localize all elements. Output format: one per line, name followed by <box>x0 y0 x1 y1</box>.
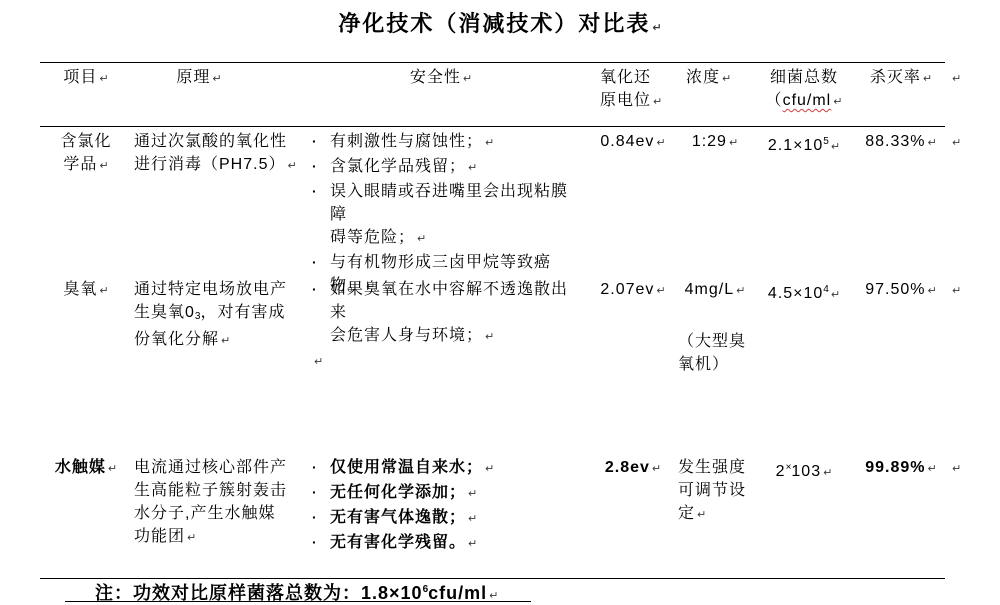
pilcrow-mark: ↵ <box>463 73 472 85</box>
row2-principle-line2b: ，对有害成 <box>200 304 285 321</box>
row3-concentration-line2: 可调节设 <box>678 479 752 502</box>
row2-bacteria-exponent: 4 <box>823 284 829 295</box>
row3-principle-line2: 生高能粒子簇射轰击 <box>134 479 304 502</box>
pilcrow-mark: ↵ <box>468 488 477 500</box>
pilcrow-mark: ↵ <box>656 285 665 297</box>
row2-concentration-value: 4mg/L <box>685 281 734 298</box>
row2-bacteria-value: 4.5×10 <box>768 285 823 302</box>
header-item-label: 项目 <box>63 69 97 86</box>
row1-item-line1: 含氯化 <box>42 130 130 153</box>
row3-bacteria-value: 2 <box>776 463 786 480</box>
pilcrow-mark: ↵ <box>952 136 961 149</box>
pilcrow-mark: ↵ <box>99 160 108 172</box>
header-concentration-label: 浓度 <box>686 69 720 86</box>
row3-cell-kill-rate: 99.89%↵ <box>858 456 944 481</box>
pilcrow-mark: ↵ <box>287 160 296 172</box>
pilcrow-mark: ↵ <box>99 285 108 297</box>
header-principle: 原理↵ <box>134 66 264 91</box>
row1-concentration-value: 1:29 <box>692 133 727 150</box>
row2-principle-line1: 通过特定电场放电产 <box>134 278 304 301</box>
pilcrow-mark: ↵ <box>485 137 494 149</box>
header-kill-rate: 杀灭率↵ <box>858 66 944 91</box>
safety-text: 有刺激性与腐蚀性； <box>330 133 483 150</box>
row2-orp-value: 2.07ev <box>600 281 654 298</box>
pilcrow-mark: ↵ <box>468 162 477 174</box>
bullet-icon: · <box>302 278 330 349</box>
row1-item-line2: 学品 <box>63 156 97 173</box>
header-item: 项目↵ <box>42 66 130 91</box>
row2-kill-rate-value: 97.50% <box>865 281 925 298</box>
safety-bullet-item: · 误入眼睛或吞进嘴里会出现粘膜障 碍等危险；↵ <box>302 180 584 251</box>
pilcrow-mark: ↵ <box>729 137 738 149</box>
pilcrow-mark: ↵ <box>417 233 426 245</box>
row2-concentration-note-line2: 氧机） <box>678 353 758 376</box>
header-principle-label: 原理 <box>176 69 210 86</box>
pilcrow-mark: ↵ <box>99 73 108 85</box>
row1-cell-concentration: 1:29↵ <box>678 130 752 155</box>
bullet-icon: · <box>302 180 330 251</box>
row1-kill-rate-value: 88.33% <box>865 133 925 150</box>
row1-cell-kill-rate: 88.33%↵ <box>858 130 944 155</box>
row3-cell-orp: 2.8ev↵ <box>592 456 674 481</box>
row3-cell-item: 水触媒↵ <box>42 456 130 481</box>
pilcrow-mark: ↵ <box>314 356 323 368</box>
row1-orp-value: 0.84ev <box>600 133 654 150</box>
pilcrow-mark: ↵ <box>212 73 221 85</box>
pilcrow-mark: ↵ <box>187 532 196 544</box>
header-concentration: 浓度↵ <box>686 66 756 91</box>
pilcrow-mark: ↵ <box>485 463 494 475</box>
pilcrow-mark: ↵ <box>952 72 961 85</box>
pilcrow-mark: ↵ <box>221 335 230 347</box>
safety-text: 碍等危险； <box>330 229 415 246</box>
row3-cell-principle: 电流通过核心部件产 生高能粒子簇射轰击 水分子,产生水触媒 功能团↵ <box>134 456 304 550</box>
footer-note-unit: cfu/ml <box>428 583 487 603</box>
pilcrow-mark: ↵ <box>468 538 477 550</box>
row2-cell-orp: 2.07ev↵ <box>592 278 674 303</box>
row2-cell-safety: · 如果臭氧在水中容解不透逸散出来 会危害人身与环境；↵ ↵ <box>302 278 584 374</box>
pilcrow-mark: ↵ <box>928 463 937 475</box>
row3-principle-line3: 水分子,产生水触媒 <box>134 502 304 525</box>
row2-cell-principle: 通过特定电场放电产 生臭氧03，对有害成 份氧化分解↵ <box>134 278 304 353</box>
header-kill-rate-label: 杀灭率 <box>870 69 921 86</box>
row2-cell-item: 臭氧↵ <box>42 278 130 303</box>
header-bacteria-unit: cfu/ml <box>783 92 832 109</box>
row3-cell-safety: · 仅使用常温自来水；↵ · 无任何化学添加；↵ · 无有害气体逸散；↵ · 无… <box>302 456 584 556</box>
pilcrow-mark: ↵ <box>736 285 745 297</box>
footer-note-text: 注：功效对比原样菌落总数为：1.8×10 <box>95 583 423 603</box>
row1-cell-safety: · 有刺激性与腐蚀性；↵ · 含氯化学品残留；↵ · 误入眼睛或吞进嘴里会出现粘… <box>302 130 584 299</box>
pilcrow-mark: ↵ <box>928 285 937 297</box>
row2-concentration-note-line1: （大型臭 <box>678 330 758 353</box>
header-orp-line2: 原电位 <box>600 92 651 109</box>
safety-text: 会危害人身与环境； <box>330 327 483 344</box>
row1-cell-bacteria: 2.1×105↵ <box>750 130 858 159</box>
header-bacteria-line1: 细菌总数 <box>750 66 858 89</box>
row3-orp-value: 2.8ev <box>605 459 650 476</box>
document-page: 净化技术（消减技术）对比表↵ 项目↵ 原理↵ 安全性↵ 氧化还 原电位↵ 浓度↵… <box>0 0 1000 605</box>
row1-cell-orp: 0.84ev↵ <box>592 130 674 155</box>
safety-text: 含氯化学品残留； <box>330 158 466 175</box>
header-bacteria-paren: （ <box>766 92 783 109</box>
pilcrow-mark: ↵ <box>952 284 961 297</box>
header-bacteria: 细菌总数 （cfu/ml↵ <box>750 66 858 114</box>
pilcrow-mark: ↵ <box>952 462 961 475</box>
pilcrow-mark: ↵ <box>652 22 661 34</box>
pilcrow-mark: ↵ <box>722 73 731 85</box>
safety-bullet-item: · 无任何化学添加；↵ <box>302 481 584 506</box>
row1-cell-principle: 通过次氯酸的氧化性 进行消毒（PH7.5）↵ <box>134 130 304 178</box>
pilcrow-mark: ↵ <box>653 96 662 108</box>
row2-principle-line2: 生臭氧0 <box>134 304 195 321</box>
safety-bullet-item: · 如果臭氧在水中容解不透逸散出来 会危害人身与环境；↵ <box>302 278 584 349</box>
row1-bacteria-value: 2.1×10 <box>768 137 823 154</box>
bullet-icon: · <box>302 531 330 556</box>
row3-concentration-line1: 发生强度 <box>678 456 752 479</box>
bullet-icon: · <box>302 130 330 155</box>
header-safety-label: 安全性 <box>410 69 461 86</box>
row2-cell-bacteria: 4.5×104↵ <box>750 278 858 307</box>
bullet-icon: · <box>302 506 330 531</box>
row2-principle-line3: 份氧化分解 <box>134 331 219 348</box>
pilcrow-mark: ↵ <box>697 509 706 521</box>
pilcrow-mark: ↵ <box>928 137 937 149</box>
bullet-icon: · <box>302 456 330 481</box>
pilcrow-mark: ↵ <box>823 467 832 479</box>
safety-text: 无有害气体逸散； <box>330 509 466 526</box>
row3-concentration-line3: 定 <box>678 505 695 522</box>
title-text: 净化技术（消减技术）对比表 <box>338 11 650 36</box>
row2-item-label: 臭氧 <box>63 281 97 298</box>
row3-kill-rate-value: 99.89% <box>865 459 925 476</box>
safety-text: 仅使用常温自来水； <box>330 459 483 476</box>
empty-paragraph: ↵ <box>302 349 584 374</box>
footer-note: 注：功效对比原样菌落总数为：1.8×106cfu/ml↵ <box>65 579 531 602</box>
safety-text: 无任何化学添加； <box>330 484 466 501</box>
pilcrow-mark: ↵ <box>833 96 842 108</box>
pilcrow-mark: ↵ <box>652 463 661 475</box>
safety-text: 误入眼睛或吞进嘴里会出现粘膜障 <box>330 180 584 226</box>
header-orp-line1: 氧化还 <box>600 66 680 89</box>
safety-bullet-item: · 有刺激性与腐蚀性；↵ <box>302 130 584 155</box>
row1-principle-line2: 进行消毒（PH7.5） <box>134 156 285 173</box>
pilcrow-mark: ↵ <box>489 590 498 602</box>
row3-cell-bacteria: 2×103↵ <box>750 456 858 485</box>
row3-cell-concentration: 发生强度 可调节设 定↵ <box>678 456 752 527</box>
table-header-border <box>40 126 945 127</box>
row3-item-label: 水触媒 <box>55 459 106 476</box>
pilcrow-mark: ↵ <box>831 141 840 153</box>
safety-bullet-item: · 无有害气体逸散；↵ <box>302 506 584 531</box>
pilcrow-mark: ↵ <box>656 137 665 149</box>
row1-principle-line1: 通过次氯酸的氧化性 <box>134 130 304 153</box>
row2-concentration-note: （大型臭 氧机） <box>678 330 758 376</box>
pilcrow-mark: ↵ <box>923 73 932 85</box>
pilcrow-mark: ↵ <box>108 463 117 475</box>
safety-text: 如果臭氧在水中容解不透逸散出来 <box>330 278 584 324</box>
page-title: 净化技术（消减技术）对比表↵ <box>0 7 1000 38</box>
row2-cell-kill-rate: 97.50%↵ <box>858 278 944 303</box>
row3-principle-line1: 电流通过核心部件产 <box>134 456 304 479</box>
pilcrow-mark: ↵ <box>831 289 840 301</box>
safety-bullet-item: · 无有害化学残留。↵ <box>302 531 584 556</box>
bullet-icon: · <box>302 155 330 180</box>
table-top-border <box>40 62 945 63</box>
bullet-icon: · <box>302 481 330 506</box>
row1-bacteria-exponent: 5 <box>823 136 829 147</box>
row1-cell-item: 含氯化 学品↵ <box>42 130 130 178</box>
safety-text: 无有害化学残留。 <box>330 534 466 551</box>
safety-bullet-item: · 含氯化学品残留；↵ <box>302 155 584 180</box>
row2-cell-concentration: 4mg/L↵ <box>678 278 752 303</box>
pilcrow-mark: ↵ <box>468 513 477 525</box>
pilcrow-mark: ↵ <box>485 331 494 343</box>
header-orp: 氧化还 原电位↵ <box>600 66 680 114</box>
safety-bullet-item: · 仅使用常温自来水；↵ <box>302 456 584 481</box>
header-safety: 安全性↵ <box>300 66 582 91</box>
row3-principle-line4: 功能团 <box>134 528 185 545</box>
row3-bacteria-value2: 103 <box>791 463 821 480</box>
